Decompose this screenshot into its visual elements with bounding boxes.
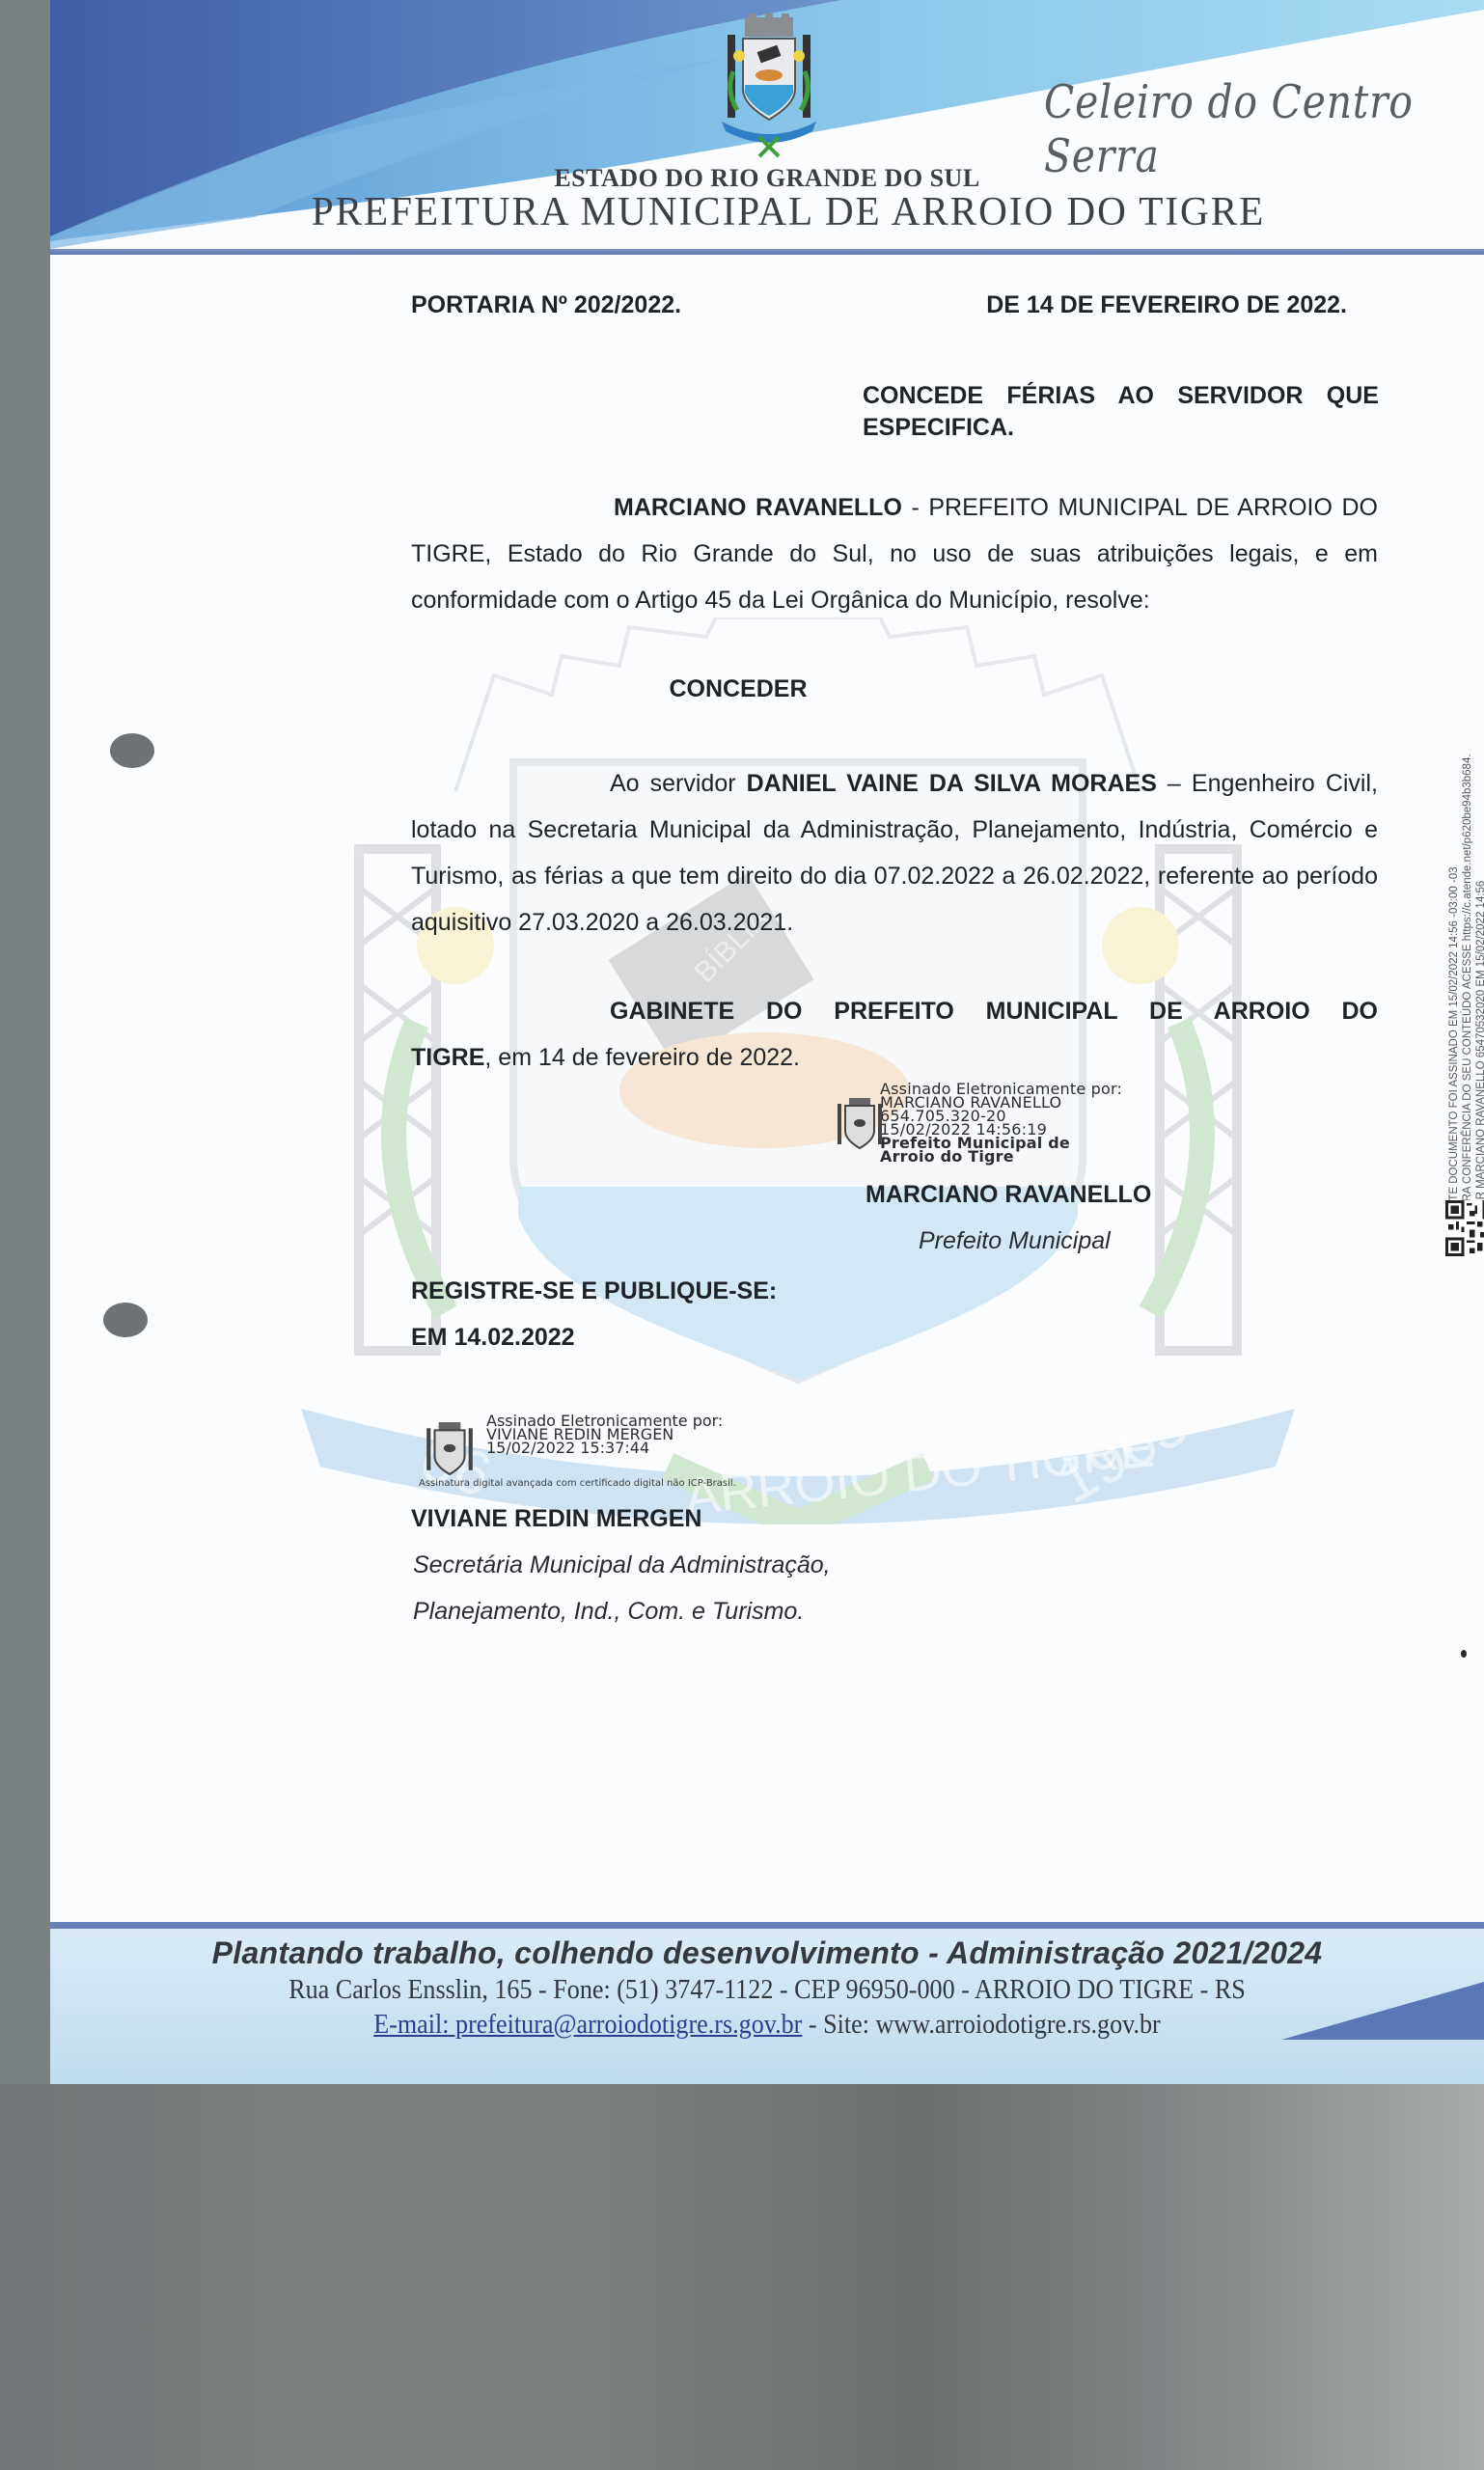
email-link[interactable]: E-mail: prefeitura@arroiodotigre.rs.gov.…: [373, 2009, 802, 2040]
footer-address: Rua Carlos Ensslin, 165 - Fone: (51) 374…: [122, 1974, 1412, 2006]
binder-hole: [110, 733, 154, 768]
grant-paragraph: Ao servidor DANIEL VAINE DA SILVA MORAES…: [411, 760, 1378, 946]
secretary-signer-role-line1: Secretária Municipal da Administração,: [413, 1551, 831, 1579]
servant-name: DANIEL VAINE DA SILVA MORAES: [747, 770, 1157, 797]
register-date: EM 14.02.2022: [411, 1324, 575, 1352]
portaria-number: PORTARIA Nº 202/2022.: [411, 291, 681, 319]
site-text: - Site: www.arroiodotigre.rs.gov.br: [802, 2009, 1160, 2040]
scanner-background-left: [0, 0, 50, 2084]
secretary-signer-role-line2: Planejamento, Ind., Com. e Turismo.: [413, 1598, 804, 1626]
secretary-e-signature-stamp: Assinado Eletronicamente por: VIVIANE RE…: [486, 1414, 723, 1455]
document-page: Celeiro do Centro Serra ESTADO DO RIO GR…: [50, 0, 1484, 2084]
mayor-name-inline: MARCIANO RAVANELLO: [614, 494, 902, 521]
secretary-signer-name: VIVIANE REDIN MERGEN: [411, 1505, 701, 1533]
mayor-e-signature-stamp: Assinado Eletronicamente por: MARCIANO R…: [880, 1083, 1122, 1164]
portaria-date: DE 14 DE FEVEREIRO DE 2022.: [986, 291, 1347, 319]
signature-certificate-note: Assinatura digital avançada com certific…: [419, 1478, 747, 1490]
scan-speck: [1461, 1650, 1467, 1658]
header-divider: [50, 249, 1484, 255]
closing-paragraph: GABINETE DO PREFEITO MUNICIPAL DE ARROIO…: [411, 988, 1378, 1081]
prefecture-title: PREFEITURA MUNICIPAL DE ARROIO DO TIGRE: [65, 189, 1484, 235]
coat-of-arms-emblem: [716, 14, 822, 158]
binder-hole: [103, 1303, 148, 1337]
administration-slogan: Plantando trabalho, colhendo desenvolvim…: [50, 1935, 1484, 1971]
mayor-signer-name: MARCIANO RAVANELLO: [866, 1181, 1151, 1209]
qr-code-icon[interactable]: [1445, 1200, 1484, 1256]
portaria-ementa: CONCEDE FÉRIAS AO SERVIDOR QUE ESPECIFIC…: [863, 380, 1379, 444]
verification-side-text: ESTE DOCUMENTO FOI ASSINADO EM 15/02/202…: [1447, 637, 1484, 1216]
seal-icon: [425, 1420, 475, 1476]
footer-contact: E-mail: prefeitura@arroiodotigre.rs.gov.…: [122, 2009, 1412, 2041]
page-footer: Plantando trabalho, colhendo desenvolvim…: [50, 1922, 1484, 2084]
footer-divider: [50, 1922, 1484, 1929]
document-header-row: PORTARIA Nº 202/2022. DE 14 DE FEVEREIRO…: [411, 291, 1378, 319]
action-heading: CONCEDER: [50, 675, 1484, 703]
preamble-paragraph: MARCIANO RAVANELLO - PREFEITO MUNICIPAL …: [411, 484, 1378, 623]
seal-icon: [836, 1096, 884, 1150]
mayor-signer-role: Prefeito Municipal: [919, 1227, 1111, 1255]
verification-link[interactable]: PARA CONFERÊNCIA DO SEU CONTEÚDO ACESSE …: [1461, 637, 1474, 1216]
register-publish-line: REGISTRE-SE E PUBLIQUE-SE:: [411, 1277, 777, 1305]
